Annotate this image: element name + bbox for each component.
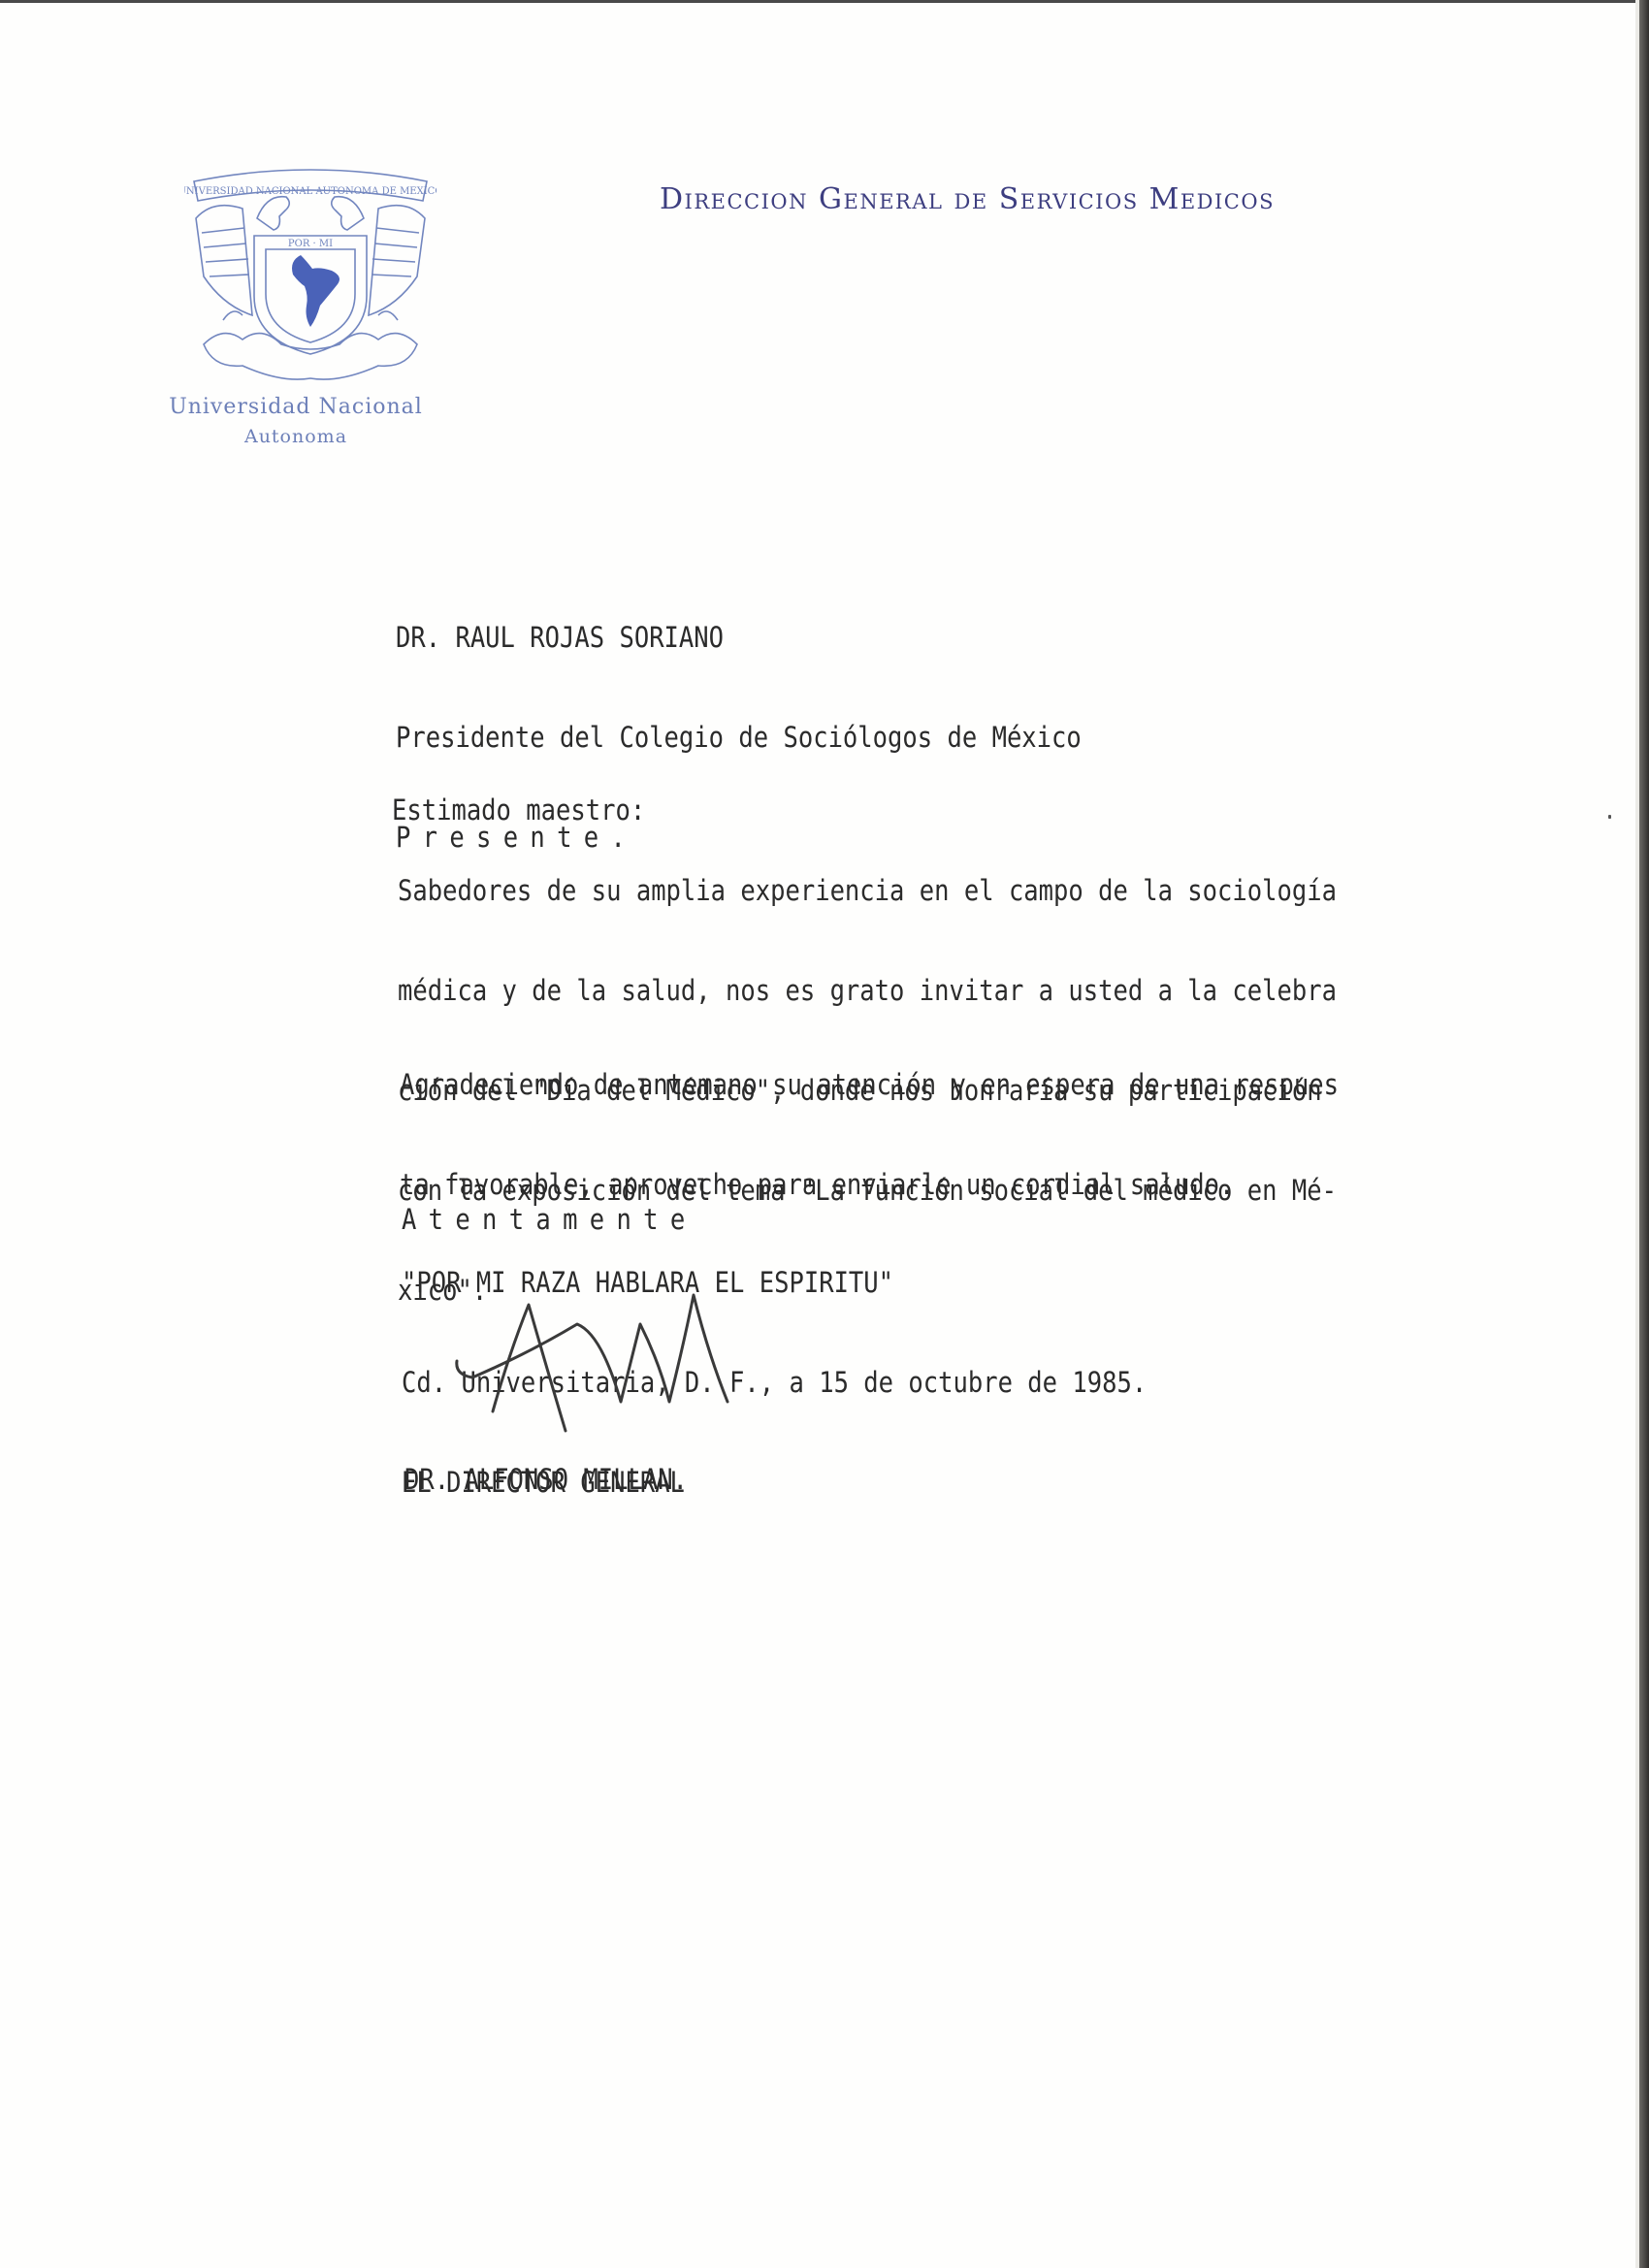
svg-text:POR · MI: POR · MI: [288, 239, 333, 249]
letter-page: UNIVERSIDAD NACIONAL AUTONOMA DE MEXICO …: [0, 0, 1649, 2268]
university-line-2: Autonoma: [165, 422, 427, 451]
paragraph-2-line: Agradeciendo de antemano su atención y e…: [400, 1068, 1339, 1102]
recipient-name: DR. RAUL ROJAS SORIANO: [396, 621, 1082, 655]
university-name: Universidad Nacional Autonoma: [165, 393, 427, 451]
signer-block: DR. ALFONSO MILLAN.: [404, 1397, 688, 1563]
scan-speck: [1608, 815, 1611, 819]
department-title: Direccion General de Servicios Medicos: [660, 182, 1275, 216]
svg-text:UNIVERSIDAD NACIONAL AUTONOMA: UNIVERSIDAD NACIONAL AUTONOMA DE MEXICO: [184, 186, 436, 197]
unam-crest-icon: UNIVERSIDAD NACIONAL AUTONOMA DE MEXICO …: [184, 160, 436, 388]
scan-edge-top: [0, 0, 1649, 3]
paragraph-1-line: Sabedores de su amplia experiencia en el…: [398, 874, 1337, 908]
university-line-1: Universidad Nacional: [165, 393, 427, 422]
scan-edge-right: [1639, 0, 1649, 2268]
signer-name: DR. ALFONSO MILLAN.: [404, 1463, 688, 1497]
